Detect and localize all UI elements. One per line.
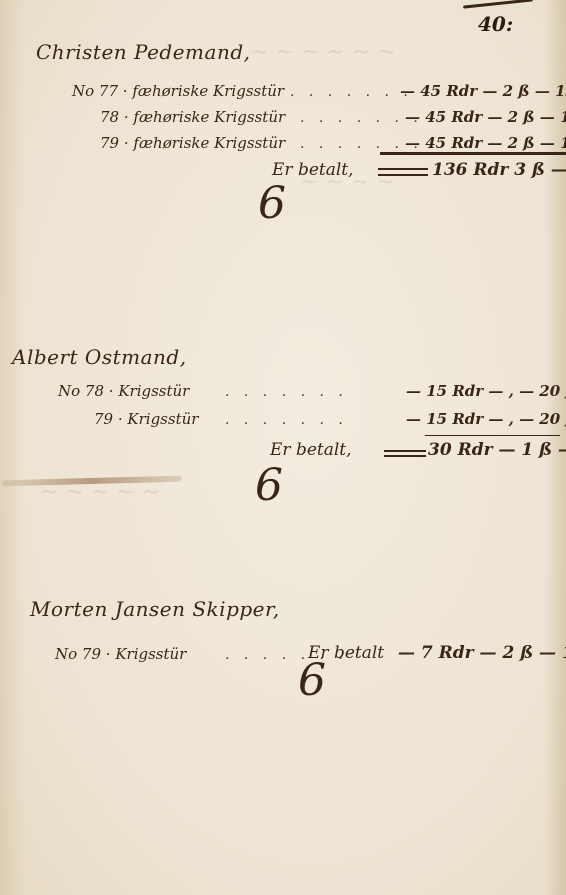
total-double-rule: [384, 455, 426, 457]
entry-line-label: 79 · fæhøriske Krigsstür: [100, 134, 285, 152]
entry-name: Christen Pedemand,: [36, 40, 250, 64]
bleed-through-text: ~ ~ ~ ~ ~ ~: [250, 40, 396, 65]
page-corner-flourish: [463, 0, 533, 9]
dot-leader: . . . . . . .: [225, 412, 348, 428]
entry-line-label: No 79 · Krigsstür: [55, 645, 186, 663]
total-double-rule: [378, 174, 428, 176]
total-amount: 30 Rdr — 1 ß — 16 ß: [428, 440, 566, 460]
sum-rule: [425, 435, 560, 436]
dot-leader: . . . . . . .: [290, 84, 413, 100]
check-mark-6: 6: [258, 178, 286, 229]
page-number: 40:: [478, 12, 513, 36]
total-label: Er betalt,: [270, 440, 352, 460]
entry-name: Morten Jansen Skipper,: [30, 597, 280, 621]
check-mark-6: 6: [255, 460, 283, 511]
entry-line-label: No 77 · fæhøriske Krigsstür: [72, 82, 284, 100]
entry-line-amount: — 45 Rdr — 2 ß — 12 ß: [405, 134, 566, 152]
manuscript-page: ~ ~ ~ ~ ~ ~ ~ ~ ~ ~ ~ ~ ~ ~ ~ 40: Christ…: [0, 0, 566, 895]
entry-line-amount: — 45 Rdr — 2 ß — 12 ß: [405, 108, 566, 126]
check-mark-6: 6: [298, 655, 326, 706]
entry-line-label: 79 · Krigsstür: [94, 410, 198, 428]
sum-rule: [380, 152, 566, 155]
entry-line-amount: — 45 Rdr — 2 ß — 12 ß: [400, 82, 566, 100]
dot-leader: . . . . . . .: [225, 384, 348, 400]
entry-line-amount: — 15 Rdr — , — 20 ß: [406, 410, 566, 428]
total-label: Er betalt,: [272, 160, 354, 180]
entry-line-amount: — 15 Rdr — , — 20 ß: [406, 382, 566, 400]
total-amount: — 7 Rdr — 2 ß — 10 ß: [398, 643, 566, 663]
entry-line-label: No 78 · Krigsstür: [58, 382, 189, 400]
total-double-rule: [384, 450, 426, 452]
entry-line-label: 78 · fæhøriske Krigsstür: [100, 108, 285, 126]
entry-name: Albert Ostmand,: [12, 345, 187, 369]
total-double-rule: [378, 168, 428, 170]
total-amount: 136 Rdr 3 ß — 12 ß: [432, 160, 566, 180]
